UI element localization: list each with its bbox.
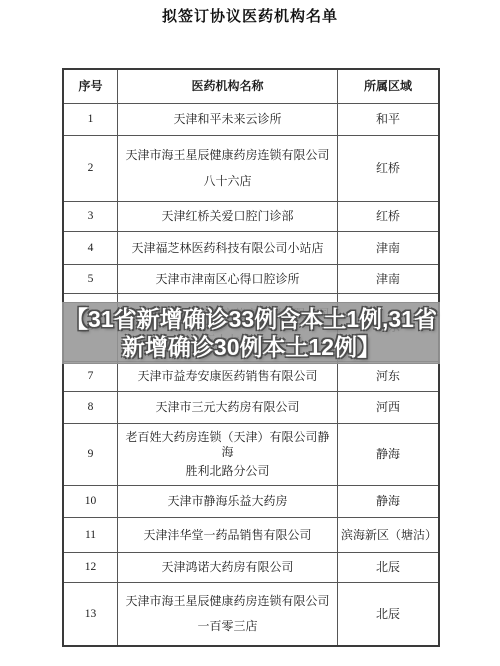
table-row: 11 天津沣华堂一药品销售有限公司 滨海新区（塘沽）: [64, 518, 438, 553]
row-region: 北辰: [338, 553, 438, 582]
institution-name: 天津市海王星辰健康药房连锁有限公司八十六店: [118, 136, 338, 201]
header-no: 序号: [64, 70, 118, 103]
row-number: 2: [64, 136, 118, 201]
table-row: 8 天津市三元大药房有限公司 河西: [64, 392, 438, 424]
institution-name: 天津鸿诺大药房有限公司: [118, 553, 338, 582]
row-number: 4: [64, 232, 118, 264]
row-number: 3: [64, 202, 118, 231]
institution-name: 老百姓大药房连锁（天津）有限公司静海胜利北路分公司: [118, 424, 338, 485]
institution-name: 天津沣华堂一药品销售有限公司: [118, 518, 338, 552]
name-line1: 天津市静海乐益大药房: [167, 494, 287, 509]
name-line1: 天津市三元大药房有限公司: [155, 400, 299, 415]
name-line1: 天津市海王星辰健康药房连锁有限公司: [125, 594, 329, 609]
table-row: 9 老百姓大药房连锁（天津）有限公司静海胜利北路分公司 静海: [64, 424, 438, 486]
institution-name: 天津和平未来云诊所: [118, 104, 338, 135]
row-region: 红桥: [338, 202, 438, 231]
caption-line2: 新增确诊30例本土12例】: [122, 333, 380, 361]
institution-name: 天津市三元大药房有限公司: [118, 392, 338, 423]
row-region: 和平: [338, 104, 438, 135]
caption-line1: 【31省新增确诊33例含本土1例,31省: [65, 305, 437, 333]
name-line1: 天津市海王星辰健康药房连锁有限公司: [125, 148, 329, 163]
institution-name: 天津市海王星辰健康药房连锁有限公司一百零三店: [118, 583, 338, 645]
name-line2: 胜利北路分公司: [185, 464, 269, 479]
header-name-label: 医药机构名称: [191, 79, 263, 94]
institution-name: 天津市静海乐益大药房: [118, 486, 338, 517]
table-row: 3 天津红桥关爱口腔门诊部 红桥: [64, 202, 438, 232]
row-region: 津南: [338, 232, 438, 264]
table-row: 10 天津市静海乐益大药房 静海: [64, 486, 438, 518]
header-name: 医药机构名称: [118, 70, 338, 103]
name-line1: 天津鸿诺大药房有限公司: [161, 560, 293, 575]
name-line2: 八十六店: [203, 174, 251, 189]
institution-name: 天津福芝林医药科技有限公司小站店: [118, 232, 338, 264]
row-number: 10: [64, 486, 118, 517]
row-number: 5: [64, 265, 118, 293]
name-line1: 天津市益寿安康医药销售有限公司: [137, 369, 317, 384]
row-number: 7: [64, 362, 118, 391]
table-row: 7 天津市益寿安康医药销售有限公司 河东: [64, 362, 438, 392]
row-number: 8: [64, 392, 118, 423]
row-region: 河东: [338, 362, 438, 391]
name-line1: 天津和平未来云诊所: [173, 112, 281, 127]
name-line1: 天津沣华堂一药品销售有限公司: [143, 528, 311, 543]
name-line1: 天津市津南区心得口腔诊所: [155, 272, 299, 287]
institution-name: 天津市益寿安康医药销售有限公司: [118, 362, 338, 391]
table-row: 2 天津市海王星辰健康药房连锁有限公司八十六店 红桥: [64, 136, 438, 202]
table-row: 4 天津福芝林医药科技有限公司小站店 津南: [64, 232, 438, 265]
row-region: 静海: [338, 486, 438, 517]
table-row: 1 天津和平未来云诊所 和平: [64, 104, 438, 136]
row-region: 津南: [338, 265, 438, 293]
name-line1: 天津红桥关爱口腔门诊部: [161, 209, 293, 224]
name-line1: 天津福芝林医药科技有限公司小站店: [131, 241, 323, 256]
document-page: 拟签订协议医药机构名单 序号 医药机构名称 所属区域 1 天津和平未来云诊所 和…: [0, 0, 500, 666]
row-number: 13: [64, 583, 118, 645]
row-number: 9: [64, 424, 118, 485]
row-number: 12: [64, 553, 118, 582]
name-line2: 一百零三店: [197, 619, 257, 634]
row-region: 红桥: [338, 136, 438, 201]
row-region: 静海: [338, 424, 438, 485]
row-number: 1: [64, 104, 118, 135]
table-row: 5 天津市津南区心得口腔诊所 津南: [64, 265, 438, 294]
caption-overlay: 【31省新增确诊33例含本土1例,31省 新增确诊30例本土12例】: [62, 302, 440, 364]
header-region: 所属区域: [338, 70, 438, 103]
name-line1: 老百姓大药房连锁（天津）有限公司静海: [121, 430, 334, 460]
row-region: 滨海新区（塘沽）: [338, 518, 438, 552]
table-header-row: 序号 医药机构名称 所属区域: [64, 70, 438, 104]
table-row: 13 天津市海王星辰健康药房连锁有限公司一百零三店 北辰: [64, 583, 438, 645]
institution-name: 天津市津南区心得口腔诊所: [118, 265, 338, 293]
row-region: 河西: [338, 392, 438, 423]
page-title: 拟签订协议医药机构名单: [0, 5, 500, 26]
row-number: 11: [64, 518, 118, 552]
row-region: 北辰: [338, 583, 438, 645]
table-row: 12 天津鸿诺大药房有限公司 北辰: [64, 553, 438, 583]
institution-name: 天津红桥关爱口腔门诊部: [118, 202, 338, 231]
